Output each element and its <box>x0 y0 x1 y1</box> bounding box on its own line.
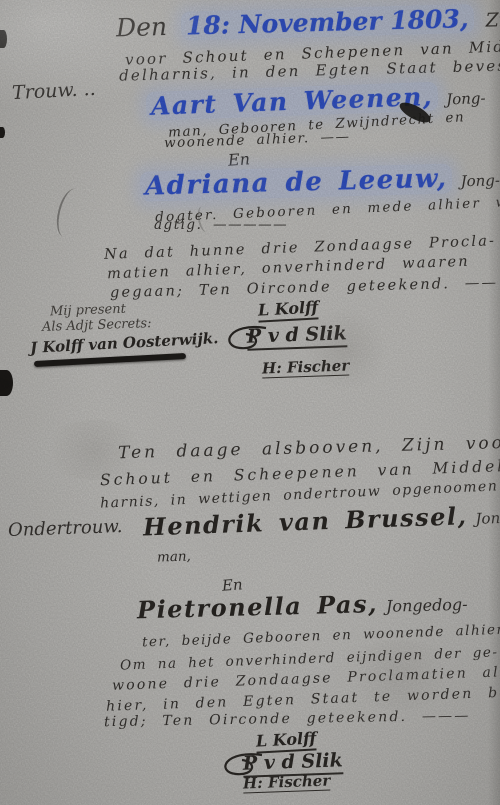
bride-suffix-1: Jong- <box>460 171 500 190</box>
entry1-heading-post: Zijn <box>485 9 500 32</box>
entry1-connector: En <box>227 149 250 169</box>
signature-kolff-1: L Kolff <box>257 297 318 322</box>
edge-ink-mark <box>0 30 7 48</box>
pen-curl-mark <box>52 186 87 240</box>
entry1-heading-date: 18: November 1803, <box>181 4 474 41</box>
groom-suffix-2: Jong- <box>475 509 500 528</box>
entry2-bride-line: Pietronella Pas, Jongedog- <box>137 587 468 625</box>
entry1-heading: Den 18: November 1803, Zijn <box>116 3 500 43</box>
signature-fischer-1: H: Fischer <box>262 356 350 378</box>
signature-flourish-1 <box>218 320 278 356</box>
entry2-margin-label: Ondertrouw. <box>8 516 123 541</box>
bride-name-1: Adriana de Leeuw, <box>140 164 453 202</box>
entry2-groom-line2: man, <box>157 548 191 565</box>
edge-ink-mark <box>0 127 5 138</box>
bride-suffix-2: Jongedog- <box>386 595 468 616</box>
signature-fischer-2: H: Fischer <box>243 771 331 793</box>
register-page: Den 18: November 1803, Zijn voor Schout … <box>0 0 500 805</box>
bride-name-2: Pietronella Pas, <box>137 589 379 624</box>
entry1-margin-label: Trouw. .. <box>11 78 96 104</box>
edge-ink-blob <box>0 370 13 396</box>
attestation-line2: Als Adjt Secrets: <box>42 316 152 335</box>
groom-suffix-1: Jong- <box>446 89 486 108</box>
entry1-bride-line: Adriana de Leeuw, Jong- <box>140 162 500 201</box>
entry1-bride-line3: agtig. ————— <box>154 217 288 233</box>
entry1-heading-pre: Den <box>116 12 168 42</box>
